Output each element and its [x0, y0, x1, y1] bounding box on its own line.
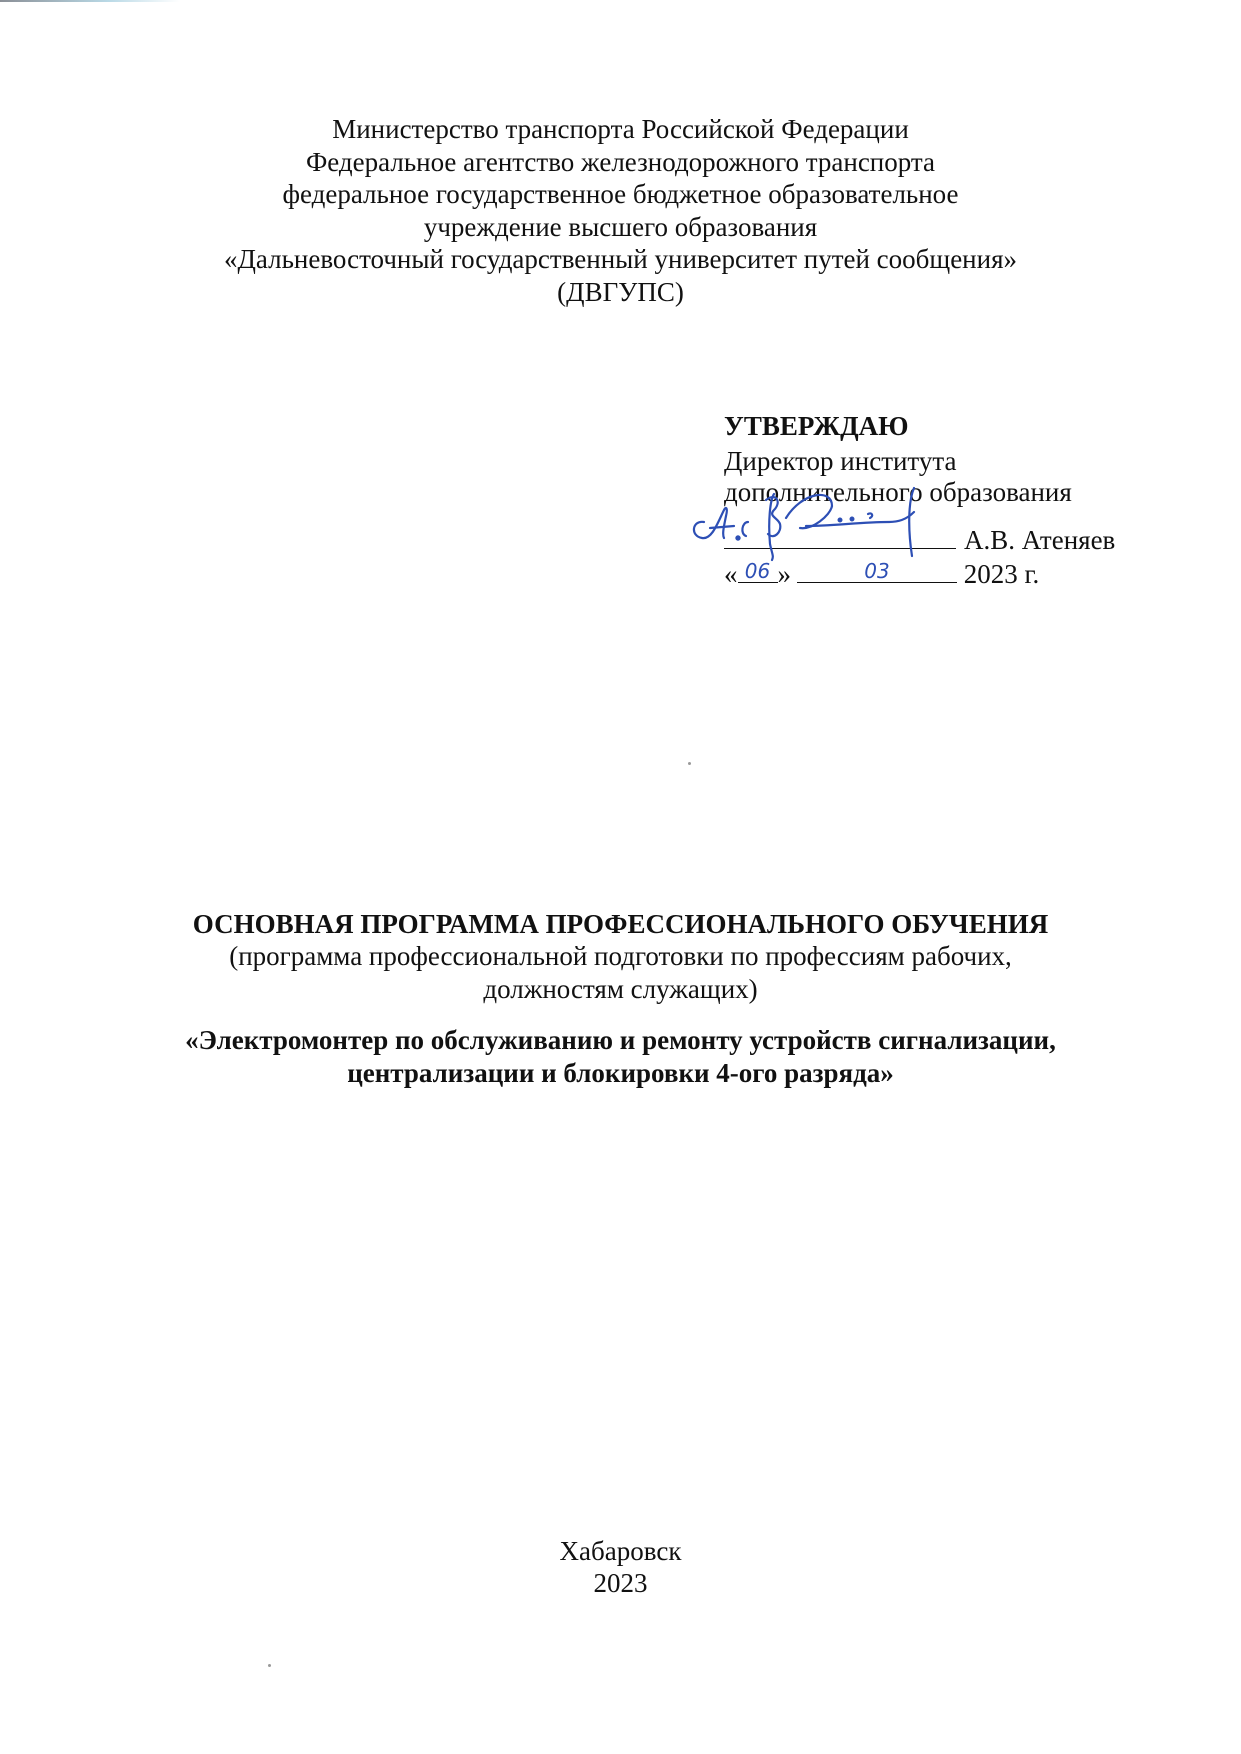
approver-position-line2: дополнительного образования: [724, 477, 1184, 508]
footer-city: Хабаровск: [0, 1535, 1241, 1567]
profession-title-line2: централизации и блокировки 4-ого разряда…: [0, 1057, 1241, 1090]
document-footer: Хабаровск 2023: [0, 1535, 1241, 1599]
profession-title: «Электромонтер по обслуживанию и ремонту…: [0, 1024, 1241, 1090]
signatory-name: А.В. Атеняев: [964, 525, 1115, 555]
date-open-quote: «: [724, 559, 738, 589]
approval-stamp-block: УТВЕРЖДАЮ Директор института дополнитель…: [724, 411, 1184, 590]
approval-title: УТВЕРЖДАЮ: [724, 411, 1184, 442]
agency-line: Федеральное агентство железнодорожного т…: [0, 146, 1241, 179]
university-abbreviation: (ДВГУПС): [0, 276, 1241, 309]
date-year: 2023 г.: [964, 559, 1040, 589]
program-subtitle-line2: должностям служащих): [0, 973, 1241, 1006]
approval-date-line: «06»03 2023 г.: [724, 556, 1184, 590]
date-month-field: 03: [797, 556, 957, 583]
date-day-field: 06: [738, 556, 778, 583]
scan-speck: [268, 1664, 271, 1667]
profession-title-line1: «Электромонтер по обслуживанию и ремонту…: [0, 1024, 1241, 1057]
signature-line: А.В. Атеняев: [724, 522, 1184, 556]
program-subtitle: (программа профессиональной подготовки п…: [0, 940, 1241, 1006]
institution-level-line: учреждение высшего образования: [0, 211, 1241, 244]
program-subtitle-line1: (программа профессиональной подготовки п…: [0, 940, 1241, 973]
institution-type-line: федеральное государственное бюджетное об…: [0, 178, 1241, 211]
organization-header: Министерство транспорта Российской Федер…: [0, 113, 1241, 308]
approver-position-line1: Директор института: [724, 446, 1184, 477]
scan-edge-artifact: [0, 0, 180, 2]
university-name-line: «Дальневосточный государственный универс…: [0, 243, 1241, 276]
footer-year: 2023: [0, 1567, 1241, 1599]
date-day-value: 06: [738, 556, 778, 587]
signature-field: [724, 522, 956, 549]
program-title-block: ОСНОВНАЯ ПРОГРАММА ПРОФЕССИОНАЛЬНОГО ОБУ…: [0, 908, 1241, 1090]
program-title: ОСНОВНАЯ ПРОГРАММА ПРОФЕССИОНАЛЬНОГО ОБУ…: [0, 908, 1241, 940]
scan-speck: [688, 762, 691, 765]
date-month-value: 03: [797, 556, 957, 587]
ministry-line: Министерство транспорта Российской Федер…: [0, 113, 1241, 146]
date-close-quote: »: [778, 559, 792, 589]
